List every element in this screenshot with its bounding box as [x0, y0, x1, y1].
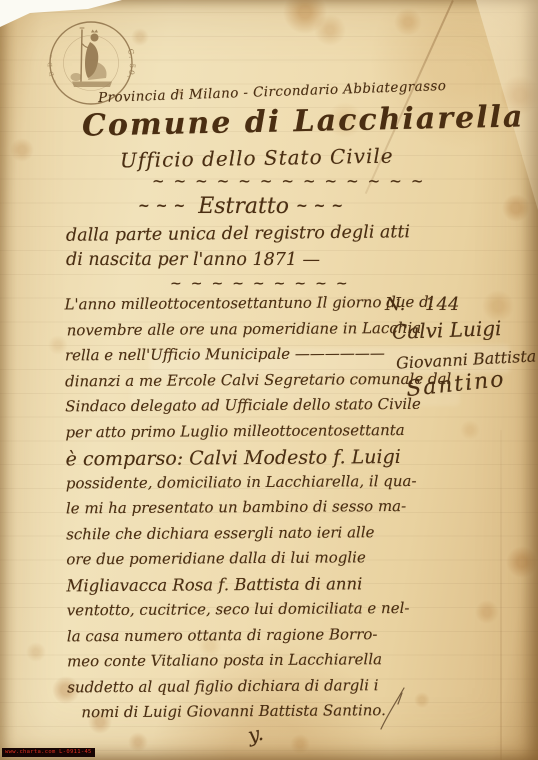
body-line: possidente, domiciliato in Lacchiarella,…: [66, 471, 452, 499]
body-line: Migliavacca Rosa f. Battista di anni: [66, 573, 452, 601]
staff-icon: [81, 30, 82, 81]
squiggle-separator-mid: ~~~~~~~~~: [170, 278, 357, 291]
title-subline-1: dalla parte unica del registro degli att…: [66, 222, 410, 246]
body-line: schile che dichiara essergli nato ieri a…: [66, 522, 452, 550]
body-line: meo conte Vitaliano posta in Lacchiarell…: [67, 650, 453, 678]
body-line: rella e nell'Ufficio Municipale ——————: [65, 344, 451, 372]
archive-watermark: www.charta.com L-0911-45: [2, 748, 95, 757]
body-line: dinanzi a me Ercole Calvi Segretario com…: [65, 369, 451, 397]
stamp-left-text: « D D »: [47, 53, 59, 85]
svg-text:« D D »: « D D »: [47, 53, 59, 85]
header-office-line: Ufficio dello Stato Civile: [120, 144, 394, 173]
act-number: N. 144: [385, 294, 459, 315]
body-line: ventotto, cucitrice, seco lui domiciliat…: [67, 599, 453, 627]
body-line: le mi ha presentato un bambino di sesso …: [66, 497, 452, 525]
document-scan: C. 50. « D D » Provincia di Milano - Cir…: [0, 0, 538, 760]
pen-stroke-mark: [378, 686, 406, 732]
header-comune-line: Comune di Lacchiarella: [82, 99, 525, 143]
squiggle-separator-top: ~~~~~~~~~~~~~: [152, 174, 432, 188]
lower-crease-line: [500, 430, 502, 760]
body-line: la casa numero ottanta di ragione Borro-: [67, 624, 453, 652]
body-line: Sindaco delegato ad Ufficiale dello stat…: [65, 395, 451, 423]
margin-annotation: Calvi Luigi: [392, 316, 502, 344]
body-line: ore due pomeridiane dalla di lui moglie: [66, 548, 452, 576]
title-pre-squiggle: ~~~: [138, 198, 191, 214]
title-subline-2: di nascita per l'anno 1871 —: [66, 250, 320, 270]
document-title-row: ~~~ Estratto ~~~: [138, 194, 349, 219]
body-line: è comparso: Calvi Modesto f. Luigi: [66, 446, 452, 474]
title-post-squiggle: ~~~: [296, 198, 349, 214]
document-title: Estratto: [198, 194, 289, 219]
body-line: per atto primo Luglio milleottocentosett…: [65, 420, 451, 448]
